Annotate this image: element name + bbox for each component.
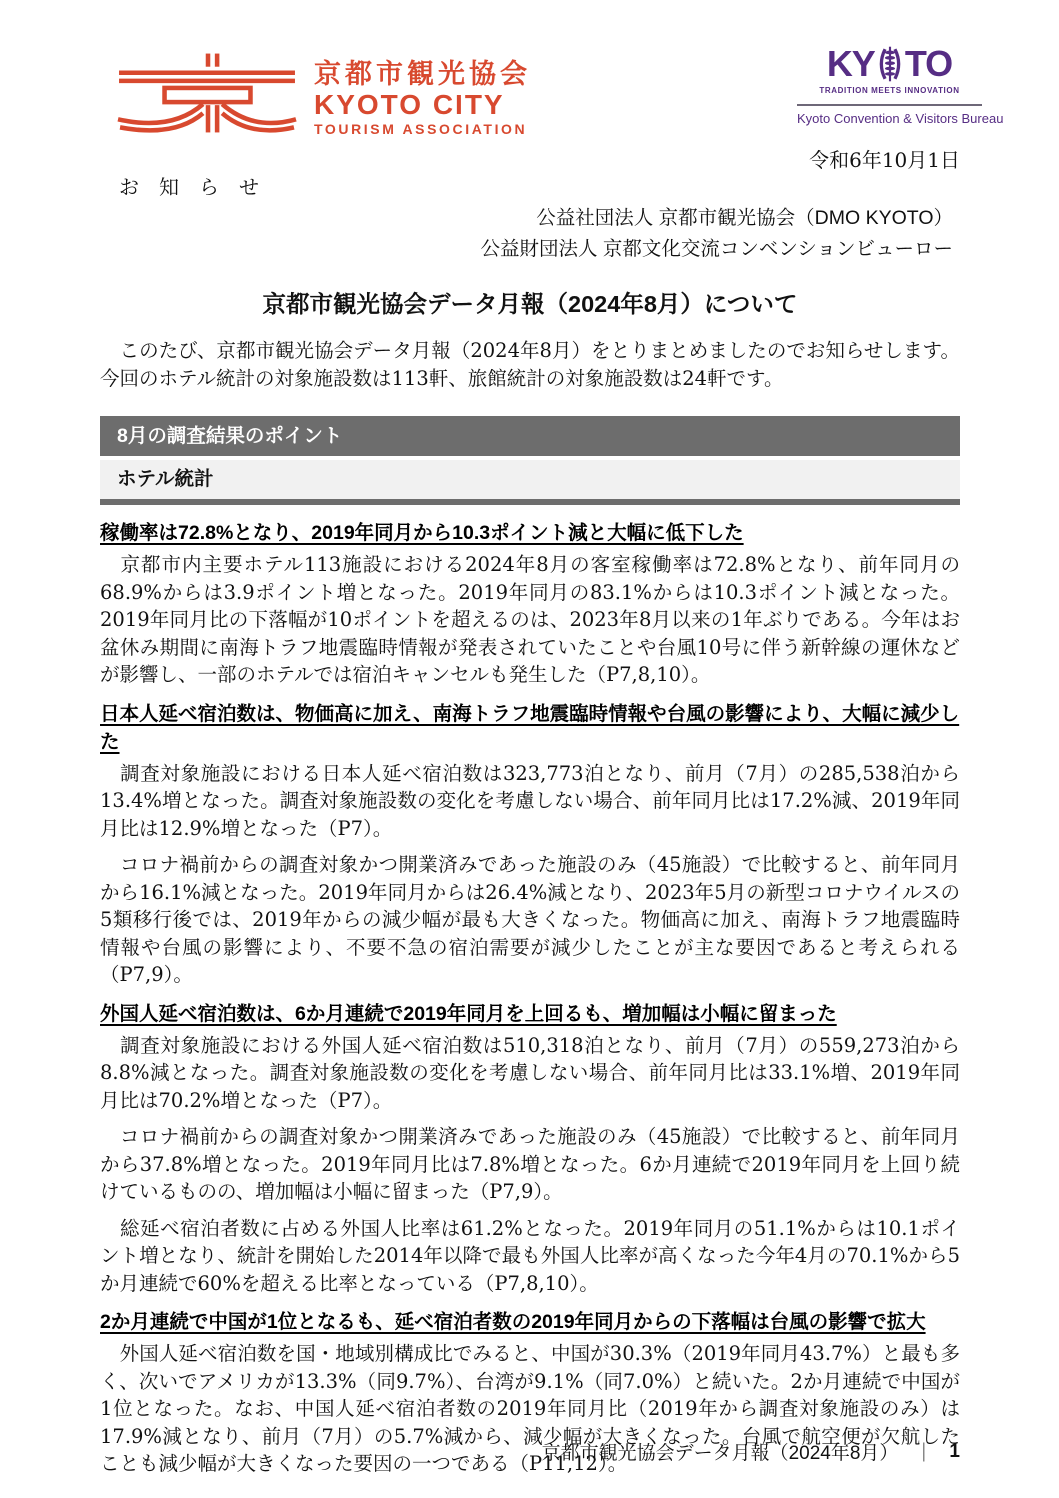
report-body: 稼働率は72.8%となり、2019年同月から10.3ポイント減と大幅に低下した … [100, 517, 960, 1487]
article-paragraph: 京都市内主要ホテル113施設における2024年8月の客室稼働率は72.8%となり… [100, 551, 960, 689]
kyoto-wordmark: KY TO [797, 45, 982, 83]
kcvb-divider [797, 104, 982, 106]
article-paragraph: 調査対象施設における日本人延べ宿泊数は323,773泊となり、前月（7月）の28… [100, 760, 960, 843]
article-heading: 稼働率は72.8%となり、2019年同月から10.3ポイント減と大幅に低下した [100, 517, 960, 545]
footer-report-label: 京都市観光協会データ月報（2024年8月） [542, 1438, 899, 1465]
issuing-organizations: 公益社団法人 京都市観光協会（DMO KYOTO） 公益財団法人 京都文化交流コ… [480, 203, 953, 265]
page-footer: 京都市観光協会データ月報（2024年8月） ｜ 1 [542, 1438, 960, 1465]
section-header-hotel-statistics: ホテル統計 [100, 460, 960, 505]
kcta-logo-japanese-name: 京都市観光協会 [314, 60, 531, 88]
footer-page-number: 1 [949, 1441, 960, 1463]
article-heading: 2か月連続で中国が1位となるも、延べ宿泊者数の2019年同月からの下落幅は台風の… [100, 1306, 960, 1334]
org-line-convention-bureau: 公益財団法人 京都文化交流コンベンションビューロー [480, 234, 953, 265]
issue-date: 令和6年10月1日 [809, 144, 960, 173]
article-japanese-guest-nights: 日本人延べ宿泊数は、物価高に加え、南海トラフ地震臨時情報や台風の影響により、大幅… [100, 698, 960, 989]
kyoto-wordmark-left: KY [827, 46, 875, 82]
article-heading: 日本人延べ宿泊数は、物価高に加え、南海トラフ地震臨時情報や台風の影響により、大幅… [100, 698, 960, 754]
article-foreign-guest-nights: 外国人延べ宿泊数は、6か月連続で2019年同月を上回るも、増加幅は小幅に留まった… [100, 998, 960, 1298]
intro-paragraph: このたび、京都市観光協会データ月報（2024年8月）をとりまとめましたのでお知ら… [100, 337, 960, 393]
section-header-august-survey-points: 8月の調査結果のポイント [100, 416, 960, 456]
kyoto-convention-visitors-bureau-logo: KY TO TRADITION MEETS INNOVATION Kyoto C… [797, 45, 982, 126]
article-paragraph: コロナ禍前からの調査対象かつ開業済みであった施設のみ（45施設）で比較すると、前… [100, 851, 960, 989]
pagoda-icon [876, 45, 904, 83]
org-line-dmo-kyoto: 公益社団法人 京都市観光協会（DMO KYOTO） [480, 203, 953, 234]
notice-label: お 知 ら せ [119, 171, 259, 200]
footer-separator: ｜ [914, 1438, 933, 1465]
article-heading: 外国人延べ宿泊数は、6か月連続で2019年同月を上回るも、増加幅は小幅に留まった [100, 998, 960, 1026]
kcta-logo-english-name-line2: TOURISM ASSOCIATION [314, 122, 531, 137]
article-paragraph: コロナ禍前からの調査対象かつ開業済みであった施設のみ（45施設）で比較すると、前… [100, 1123, 960, 1206]
kcta-logo-text: 京都市観光協会 KYOTO CITY TOURISM ASSOCIATION [314, 52, 531, 138]
document-title: 京都市観光協会データ月報（2024年8月）について [100, 285, 960, 319]
article-paragraph: 総延べ宿泊者数に占める外国人比率は61.2%となった。2019年同月の51.1%… [100, 1215, 960, 1298]
kyoto-city-tourism-association-logo: 京都市観光協会 KYOTO CITY TOURISM ASSOCIATION [116, 52, 531, 138]
kcvb-subtitle: Kyoto Convention & Visitors Bureau [797, 111, 982, 126]
article-paragraph: 調査対象施設における外国人延べ宿泊数は510,318泊となり、前月（7月）の55… [100, 1032, 960, 1115]
kyoto-kanji-kyo-mark-icon [116, 52, 298, 134]
kyoto-wordmark-right: TO [905, 46, 952, 82]
kcvb-tagline: TRADITION MEETS INNOVATION [797, 86, 982, 95]
kcta-logo-english-name-line1: KYOTO CITY [314, 91, 531, 119]
article-occupancy-rate: 稼働率は72.8%となり、2019年同月から10.3ポイント減と大幅に低下した … [100, 517, 960, 689]
